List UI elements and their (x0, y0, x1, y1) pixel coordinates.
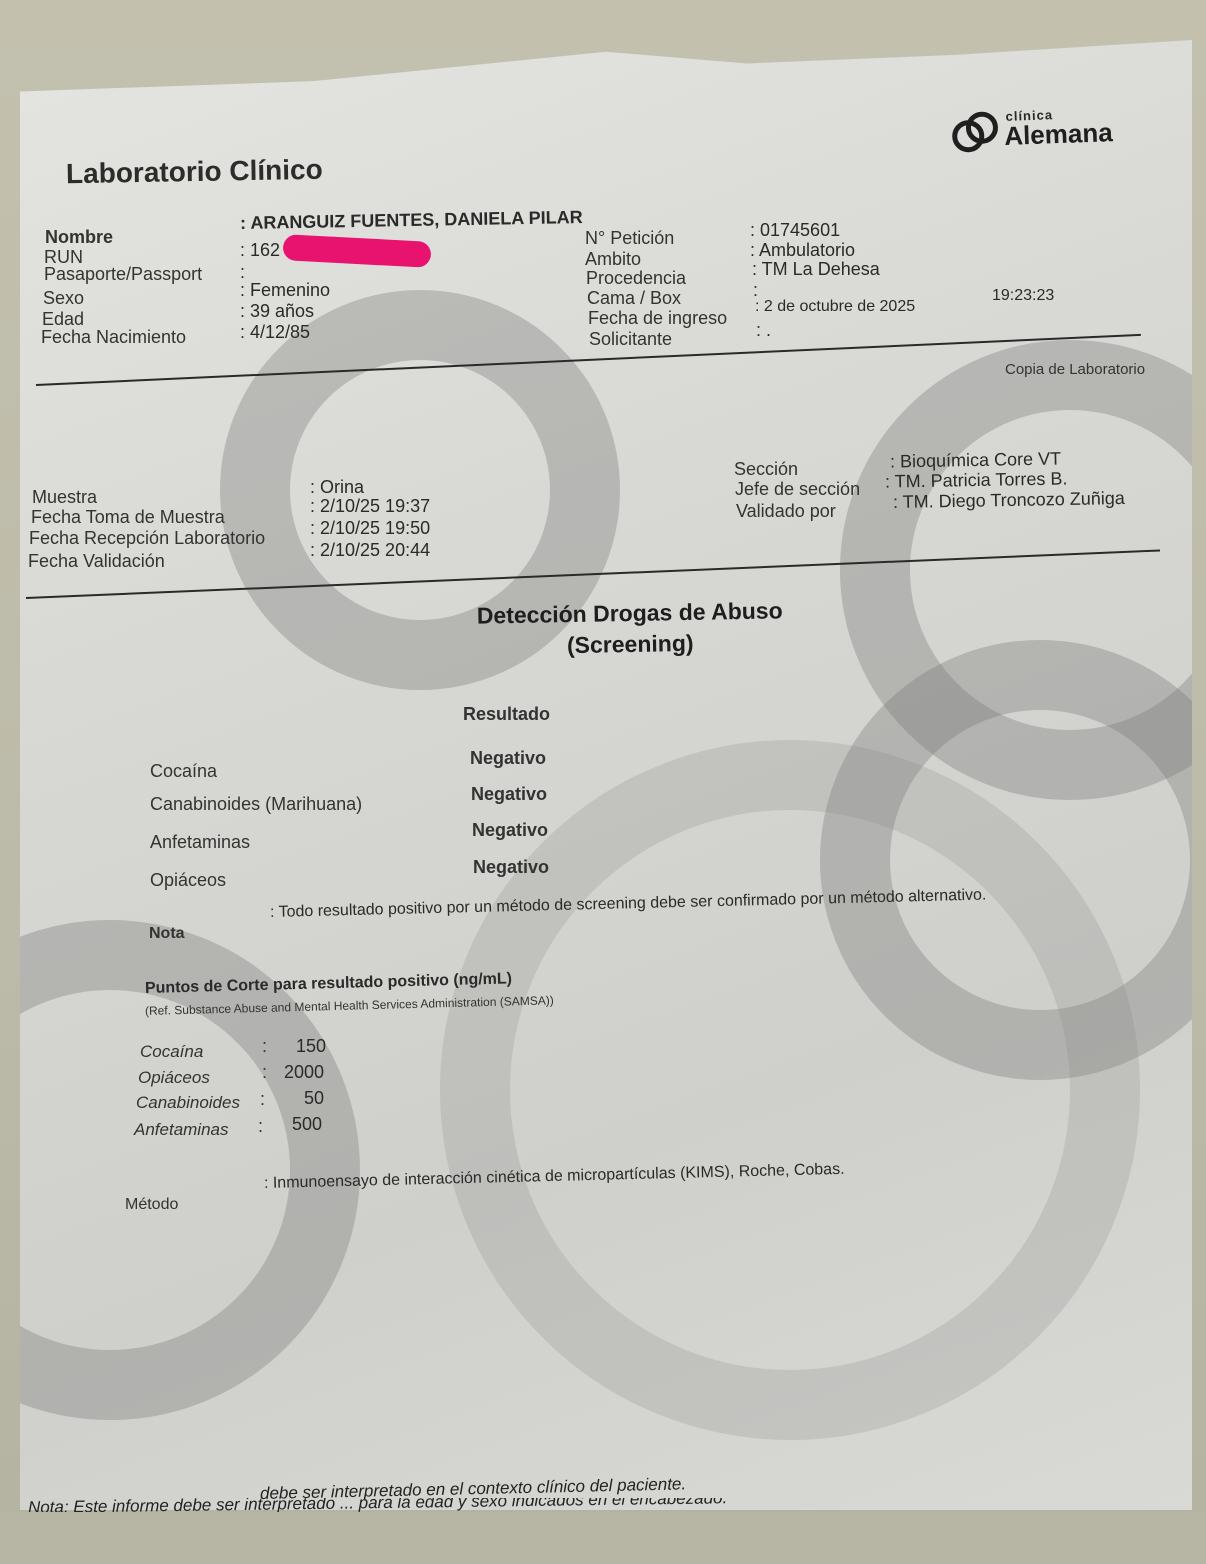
label-jefe-seccion: Jefe de sección (735, 479, 860, 500)
test-title-line1: Detección Drogas de Abuso (459, 595, 799, 632)
logo-big-text: Alemana (1004, 119, 1113, 149)
label-ambito: Ambito (585, 249, 641, 270)
label-fecha-ingreso: Fecha de ingreso (588, 308, 727, 329)
cutoff-colon: : (262, 1062, 267, 1083)
label-validado-por: Validado por (736, 501, 836, 522)
method-label: Método (125, 1196, 178, 1214)
label-pasaporte: Pasaporte/Passport (44, 264, 202, 285)
result-row-value: Negativo (471, 784, 547, 805)
result-row-value: Negativo (470, 748, 546, 769)
cutoff-row-value: 150 (290, 1036, 326, 1057)
cutoff-row-name: Canabinoides (136, 1093, 240, 1113)
value-hora-ingreso: 19:23:23 (992, 287, 1054, 305)
value-solicitante: : . (756, 320, 771, 341)
cutoff-colon: : (262, 1036, 267, 1057)
value-peticion: : 01745601 (750, 220, 840, 241)
watermark-logo-shape (440, 740, 1140, 1440)
result-column-header: Resultado (463, 704, 550, 725)
cutoff-row-name: Anfetaminas (134, 1120, 229, 1140)
value-fecha-ingreso: : 2 de octubre de 2025 (755, 298, 915, 316)
value-muestra: : Orina (310, 477, 364, 498)
value-ambito: : Ambulatorio (750, 240, 855, 261)
copy-label: Copia de Laboratorio (1005, 361, 1145, 378)
test-title: Detección Drogas de Abuso (Screening) (459, 595, 800, 663)
value-sexo: : Femenino (240, 280, 330, 301)
cutoff-row-name: Opiáceos (138, 1068, 210, 1088)
result-row-value: Negativo (472, 820, 548, 841)
clinic-logo: clínica Alemana (949, 105, 1113, 151)
result-row-name: Canabinoides (Marihuana) (150, 794, 362, 815)
label-sexo: Sexo (43, 288, 84, 309)
test-title-line2: (Screening) (460, 626, 800, 663)
cutoff-row-name: Cocaína (140, 1042, 203, 1062)
label-solicitante: Solicitante (589, 329, 672, 350)
result-row-name: Cocaína (150, 761, 217, 782)
background-bottom (0, 1512, 1206, 1564)
label-nombre: Nombre (45, 227, 113, 248)
clinica-alemana-logo-icon (949, 109, 998, 151)
note-label: Nota (149, 925, 185, 943)
label-muestra: Muestra (32, 487, 97, 508)
page-title: Laboratorio Clínico (66, 154, 323, 190)
cutoff-row-value: 500 (278, 1114, 322, 1135)
value-fecha-validacion: : 2/10/25 20:44 (310, 540, 430, 561)
cutoff-colon: : (260, 1089, 265, 1110)
cutoff-row-value: 2000 (280, 1062, 324, 1083)
cutoff-row-value: 50 (280, 1088, 324, 1109)
label-procedencia: Procedencia (586, 268, 686, 289)
label-seccion: Sección (734, 459, 798, 480)
cutoff-colon: : (258, 1116, 263, 1137)
value-run: : 162 (240, 240, 280, 261)
value-validado-por: : TM. Diego Troncozo Zuñiga (893, 488, 1125, 513)
value-edad: : 39 años (240, 301, 314, 322)
result-row-name: Opiáceos (150, 870, 226, 891)
value-procedencia: : TM La Dehesa (752, 259, 880, 280)
label-peticion: N° Petición (585, 228, 674, 249)
label-fecha-validacion: Fecha Validación (28, 551, 165, 572)
label-cama-box: Cama / Box (587, 288, 681, 309)
result-row-name: Anfetaminas (150, 832, 250, 853)
result-row-value: Negativo (473, 857, 549, 878)
label-fecha-toma: Fecha Toma de Muestra (31, 507, 225, 528)
label-fecha-recepcion: Fecha Recepción Laboratorio (29, 528, 265, 549)
label-fecha-nacimiento: Fecha Nacimiento (41, 327, 186, 348)
value-fecha-nacimiento: : 4/12/85 (240, 322, 310, 343)
value-fecha-toma: : 2/10/25 19:37 (310, 496, 430, 517)
value-fecha-recepcion: : 2/10/25 19:50 (310, 518, 430, 539)
